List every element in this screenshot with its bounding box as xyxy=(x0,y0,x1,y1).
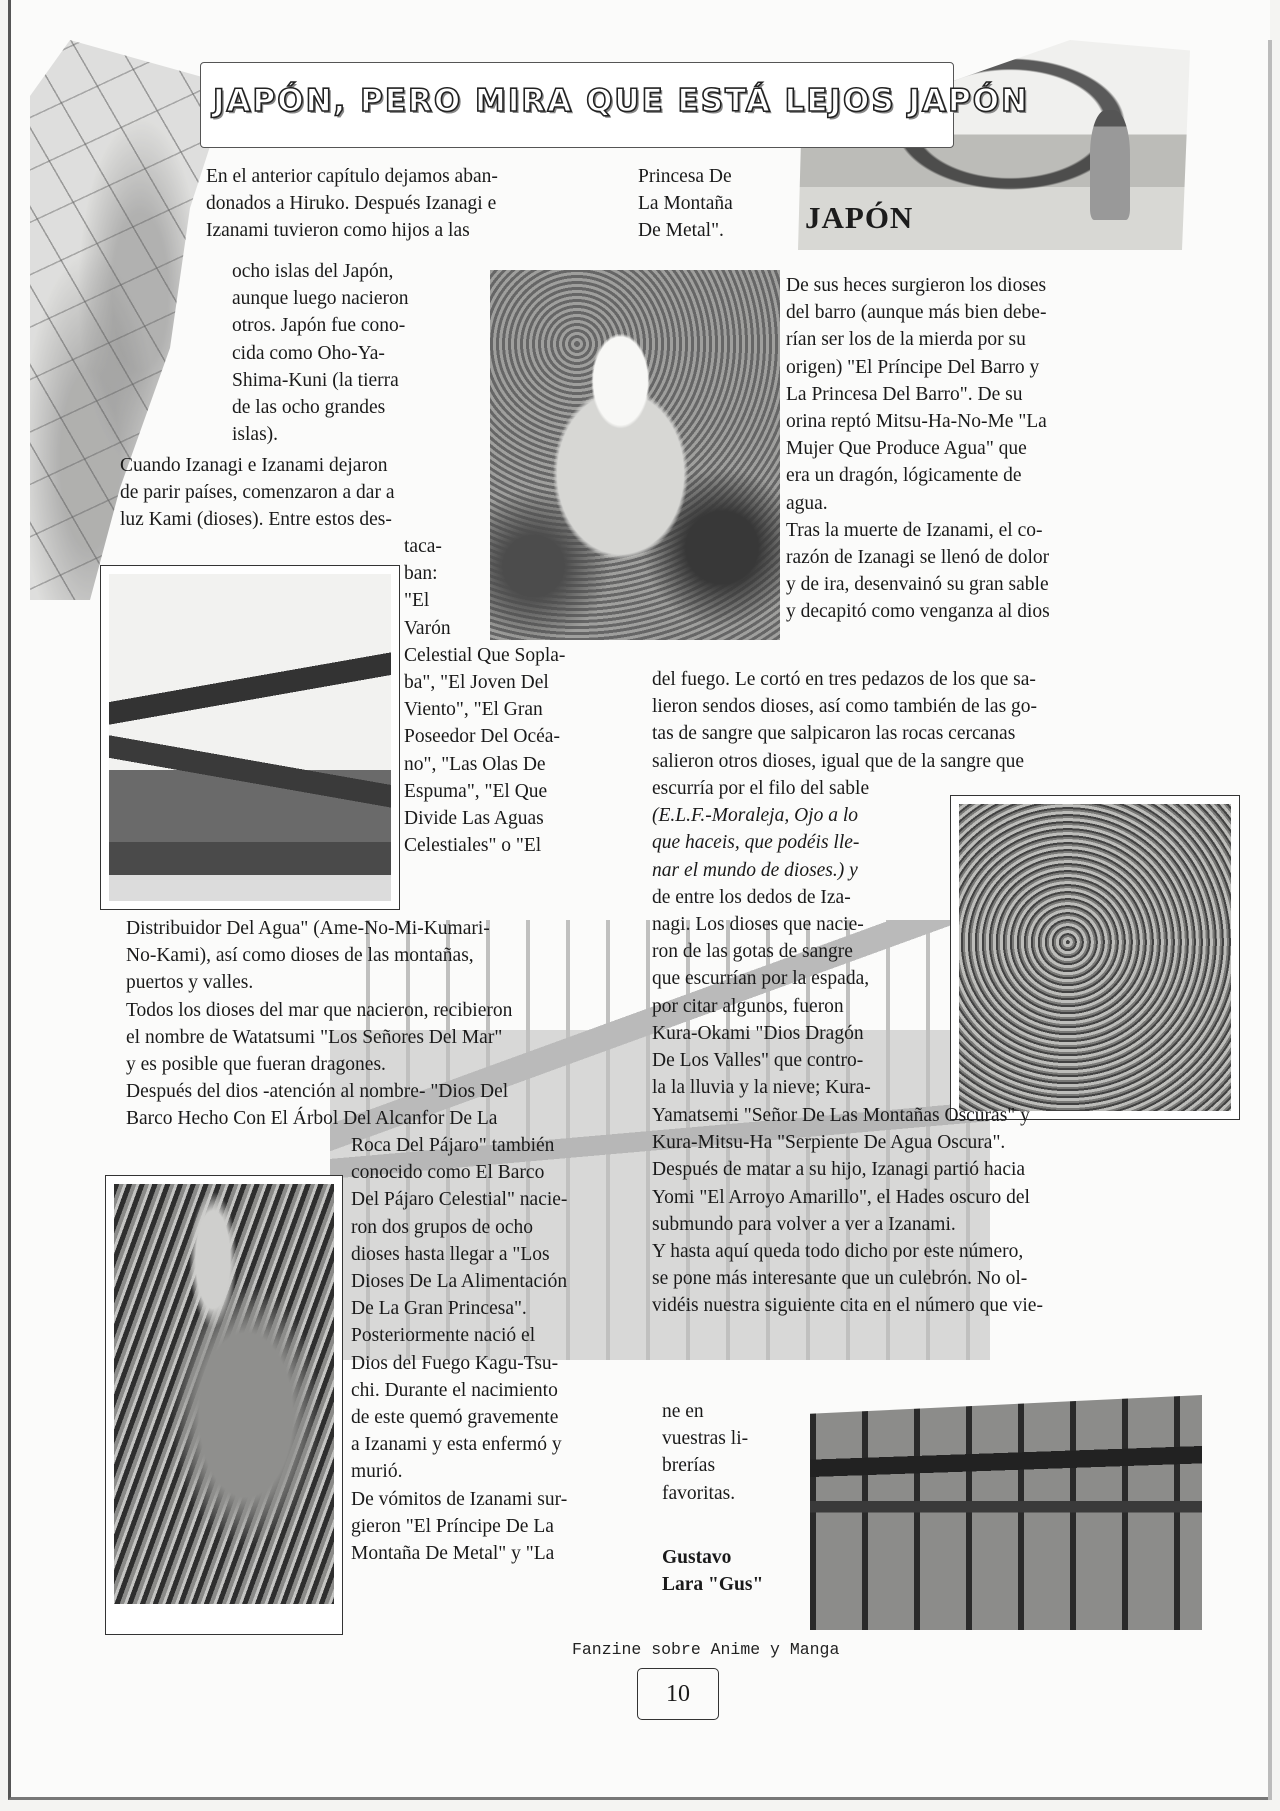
guardian-statue-image xyxy=(105,1175,343,1635)
text-line: Shima-Kuni (la tierra xyxy=(232,367,472,394)
text-line: de las ocho grandes xyxy=(232,394,472,421)
text-line: la la lluvia y la nieve; Kura- xyxy=(652,1074,938,1101)
header-image-label: JAPÓN xyxy=(805,200,913,236)
text-line: Izanami tuvieron como hijos a las xyxy=(206,217,614,244)
dragon-painting-image xyxy=(950,795,1240,1120)
text-line: y de ira, desenvainó su gran sable xyxy=(786,571,1146,598)
text-line: De vómitos de Izanami sur- xyxy=(351,1486,634,1513)
text-line: rían ser los de la mierda por su xyxy=(786,326,1146,353)
text-line: razón de Izanagi se llenó de dolor xyxy=(786,544,1146,571)
text-line: puertos y valles. xyxy=(126,969,628,996)
text-line: taca- xyxy=(404,533,626,560)
text-line: vuestras li- xyxy=(662,1425,792,1452)
col3-lower: Yamatsemi "Señor De Las Montañas Oscuras… xyxy=(652,1102,1157,1320)
text-line: Después del dios -atención al nombre- "D… xyxy=(126,1078,628,1105)
text-line: Roca Del Pájaro" también xyxy=(351,1132,634,1159)
text-line: de este quemó gravemente xyxy=(351,1404,634,1431)
text-line: del barro (aunque más bien debe- xyxy=(786,299,1146,326)
text-line: De Metal". xyxy=(638,217,778,244)
text-line: a Izanami y esta enfermó y xyxy=(351,1431,634,1458)
col1-intro: En el anterior capítulo dejamos aban- do… xyxy=(206,163,614,245)
text-line: Viento", "El Gran xyxy=(404,696,626,723)
text-line: ne en xyxy=(662,1398,792,1425)
text-line: Kura-Okami "Dios Dragón xyxy=(652,1020,938,1047)
text-line: chi. Durante el nacimiento xyxy=(351,1377,634,1404)
text-line: ron de las gotas de sangre xyxy=(652,938,938,965)
text-line: por citar algunos, fueron xyxy=(652,993,938,1020)
text-line: aunque luego nacieron xyxy=(232,285,472,312)
text-line: En el anterior capítulo dejamos aban- xyxy=(206,163,614,190)
author-byline: Gustavo Lara "Gus" xyxy=(662,1544,802,1598)
text-line: Princesa De xyxy=(638,163,778,190)
text-line: Mujer Que Produce Agua" que xyxy=(786,435,1146,462)
text-line: Celestial Que Sopla- xyxy=(404,642,626,669)
text-line: La Montaña xyxy=(638,190,778,217)
text-line: y es posible que fueran dragones. xyxy=(126,1051,628,1078)
text-line: Montaña De Metal" y "La xyxy=(351,1540,634,1567)
text-line: Espuma", "El Que xyxy=(404,778,626,805)
text-line: Después de matar a su hijo, Izanagi part… xyxy=(652,1156,1157,1183)
text-line: favoritas. xyxy=(662,1480,792,1507)
text-line: Dios del Fuego Kagu-Tsu- xyxy=(351,1350,634,1377)
text-line: otros. Japón fue cono- xyxy=(232,312,472,339)
text-line: ocho islas del Japón, xyxy=(232,258,472,285)
editor-note-line: nar el mundo de dioses.) y xyxy=(652,857,938,884)
footer-tagline: Fanzine sobre Anime y Manga xyxy=(572,1640,839,1659)
text-line: gieron "El Príncipe De La xyxy=(351,1513,634,1540)
text-line: vidéis nuestra siguiente cita en el núme… xyxy=(652,1292,1157,1319)
temple-gate-image xyxy=(810,1395,1202,1630)
text-line: "El xyxy=(404,587,626,614)
text-line: salieron otros dioses, igual que de la s… xyxy=(652,748,1150,775)
text-line: ron dos grupos de ocho xyxy=(351,1214,634,1241)
text-line: luz Kami (dioses). Entre estos des- xyxy=(120,506,472,533)
text-line: Del Pájaro Celestial" nacie- xyxy=(351,1186,634,1213)
text-line: cida como Oho-Ya- xyxy=(232,340,472,367)
text-line: Posteriormente nació el xyxy=(351,1322,634,1349)
text-line: se pone más interesante que un culebrón.… xyxy=(652,1265,1157,1292)
text-line: de parir países, comenzaron a dar a xyxy=(120,479,472,506)
editor-note-line: que haceis, que podéis lle- xyxy=(652,829,938,856)
text-line: Celestiales" o "El xyxy=(404,832,626,859)
col3-narrow: escurría por el filo del sable (E.L.F.-M… xyxy=(652,775,938,1101)
text-line: el nombre de Watatsumi "Los Señores Del … xyxy=(126,1024,628,1051)
col3-end: ne en vuestras li- brerías favoritas. xyxy=(662,1398,792,1507)
text-line: conocido como El Barco xyxy=(351,1159,634,1186)
text-line: Poseedor Del Océa- xyxy=(404,723,626,750)
text-line: Divide Las Aguas xyxy=(404,805,626,832)
text-line: escurría por el filo del sable xyxy=(652,775,938,802)
article-title-box: JAPÓN, PERO MIRA QUE ESTÁ LEJOS JAPÓN xyxy=(200,62,954,148)
text-line: que escurrían por la espada, xyxy=(652,965,938,992)
text-line: No-Kami), así como dioses de las montaña… xyxy=(126,942,628,969)
text-line: de entre los dedos de Iza- xyxy=(652,884,938,911)
text-line: Kura-Mitsu-Ha "Serpiente De Agua Oscura"… xyxy=(652,1129,1157,1156)
text-line: islas). xyxy=(232,421,472,448)
text-line: ban: xyxy=(404,560,626,587)
col1-narrow: ocho islas del Japón, aunque luego nacie… xyxy=(232,258,472,448)
text-line: nagi. Los dioses que nacie- xyxy=(652,911,938,938)
article-title: JAPÓN, PERO MIRA QUE ESTÁ LEJOS JAPÓN xyxy=(213,83,1029,119)
text-line: agua. xyxy=(786,490,1146,517)
text-line: La Princesa Del Barro". De su xyxy=(786,381,1146,408)
text-line: Varón xyxy=(404,615,626,642)
page-edge xyxy=(1268,40,1272,1800)
text-line: De Los Valles" que contro- xyxy=(652,1047,938,1074)
text-line: Yomi "El Arroyo Amarillo", el Hades oscu… xyxy=(652,1184,1157,1211)
col1-bottom: Roca Del Pájaro" también conocido como E… xyxy=(351,1132,634,1567)
text-line: no", "Las Olas De xyxy=(404,751,626,778)
pagoda-image xyxy=(100,565,400,910)
text-line: tas de sangre que salpicaron las rocas c… xyxy=(652,720,1150,747)
text-line: Barco Hecho Con El Árbol Del Alcanfor De… xyxy=(126,1105,628,1132)
text-line: orina reptó Mitsu-Ha-No-Me "La xyxy=(786,408,1146,435)
text-line: De sus heces surgieron los dioses xyxy=(786,272,1146,299)
text-line: brerías xyxy=(662,1452,792,1479)
text-line: Todos los dioses del mar que nacieron, r… xyxy=(126,997,628,1024)
text-line: del fuego. Le cortó en tres pedazos de l… xyxy=(652,666,1150,693)
kimono-figure-image xyxy=(1090,110,1130,220)
text-line: Cuando Izanagi e Izanami dejaron xyxy=(120,452,472,479)
text-line: murió. xyxy=(351,1458,634,1485)
author-last-name: Lara "Gus" xyxy=(662,1571,802,1598)
text-line: Dioses De La Alimentación xyxy=(351,1268,634,1295)
col1-full: Distribuidor Del Agua" (Ame-No-Mi-Kumari… xyxy=(126,915,628,1133)
page-number: 10 xyxy=(637,1668,719,1720)
editor-note-line: (E.L.F.-Moraleja, Ojo a lo xyxy=(652,802,938,829)
text-line: Y hasta aquí queda todo dicho por este n… xyxy=(652,1238,1157,1265)
col3-wide: del fuego. Le cortó en tres pedazos de l… xyxy=(652,666,1150,775)
col2-top: Princesa De La Montaña De Metal". xyxy=(638,163,778,245)
text-line: Yamatsemi "Señor De Las Montañas Oscuras… xyxy=(652,1102,1157,1129)
text-line: ba", "El Joven Del xyxy=(404,669,626,696)
text-line: De La Gran Princesa". xyxy=(351,1295,634,1322)
text-line: donados a Hiruko. Después Izanagi e xyxy=(206,190,614,217)
col1-wide: Cuando Izanagi e Izanami dejaron de pari… xyxy=(120,452,472,534)
text-line: origen) "El Príncipe Del Barro y xyxy=(786,354,1146,381)
text-line: Distribuidor Del Agua" (Ame-No-Mi-Kumari… xyxy=(126,915,628,942)
text-line: dioses hasta llegar a "Los xyxy=(351,1241,634,1268)
text-line: era un dragón, lógicamente de xyxy=(786,462,1146,489)
col3-upper: De sus heces surgieron los dioses del ba… xyxy=(786,272,1146,626)
text-line: Tras la muerte de Izanami, el co- xyxy=(786,517,1146,544)
text-line: y decapitó como venganza al dios xyxy=(786,598,1146,625)
text-line: submundo para volver a ver a Izanami. xyxy=(652,1211,1157,1238)
text-line: lieron sendos dioses, así como también d… xyxy=(652,693,1150,720)
author-first-name: Gustavo xyxy=(662,1544,802,1571)
col1-side: taca- ban: "El Varón Celestial Que Sopla… xyxy=(404,533,626,859)
